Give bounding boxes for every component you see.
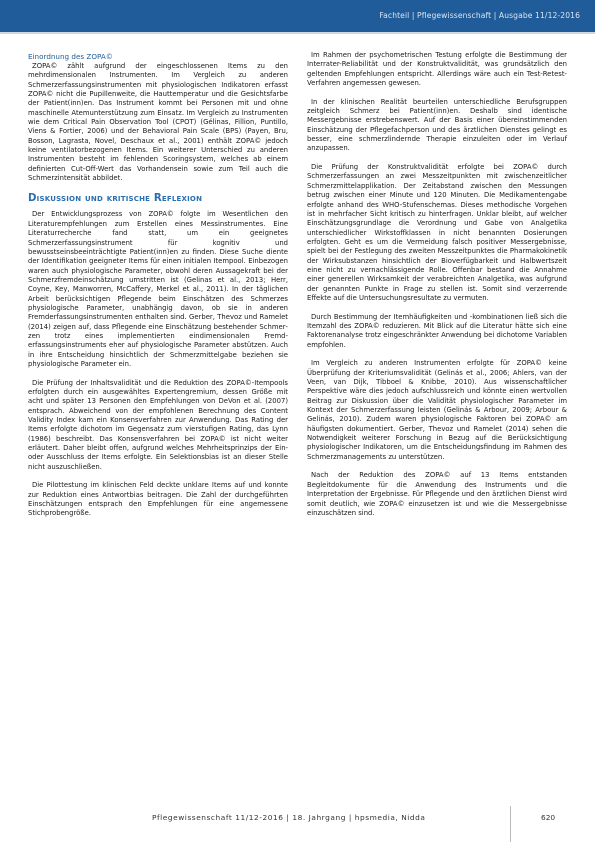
body-paragraph: Im Rahmen der psychometrischen Testung e… bbox=[307, 51, 567, 88]
body-paragraph: Der Entwicklungsprozess von ZOPA© folgte… bbox=[28, 210, 288, 369]
header-bar: Fachteil | Pflegewissenschaft | Ausgabe … bbox=[0, 0, 595, 34]
left-column: Einordnung des ZOPA© ZOPA© zählt aufgrun… bbox=[28, 52, 288, 528]
body-paragraph: Die Prüfung der Inhaltsvalidität und die… bbox=[28, 379, 288, 472]
body-paragraph: Im Vergleich zu anderen Instrumenten erf… bbox=[307, 359, 567, 462]
running-title: Fachteil | Pflegewissenschaft | Ausgabe … bbox=[379, 11, 580, 20]
page-number: 620 bbox=[541, 813, 555, 822]
body-paragraph: Die Prüfung der Konstruktvalidität erfol… bbox=[307, 163, 567, 303]
body-paragraph: Die Pilottestung im klinischen Feld deck… bbox=[28, 481, 288, 518]
intro-paragraph: ZOPA© zählt aufgrund der eingeschlossene… bbox=[28, 62, 288, 183]
right-column: Im Rahmen der psychometrischen Testung e… bbox=[307, 51, 567, 528]
subheading-einordnung: Einordnung des ZOPA© bbox=[28, 52, 288, 62]
body-paragraph: In der klinischen Realität beurteilen un… bbox=[307, 98, 567, 154]
footer-divider bbox=[510, 806, 511, 842]
section-title: Diskussion und kritische Reflexion bbox=[28, 193, 288, 205]
body-paragraph: Durch Bestimmung der Itemhäufigkeiten un… bbox=[307, 313, 567, 350]
body-paragraph: Nach der Reduktion des ZOPA© auf 13 Item… bbox=[307, 471, 567, 518]
footer-publication-line: Pflegewissenschaft 11/12-2016 | 18. Jahr… bbox=[152, 813, 425, 822]
